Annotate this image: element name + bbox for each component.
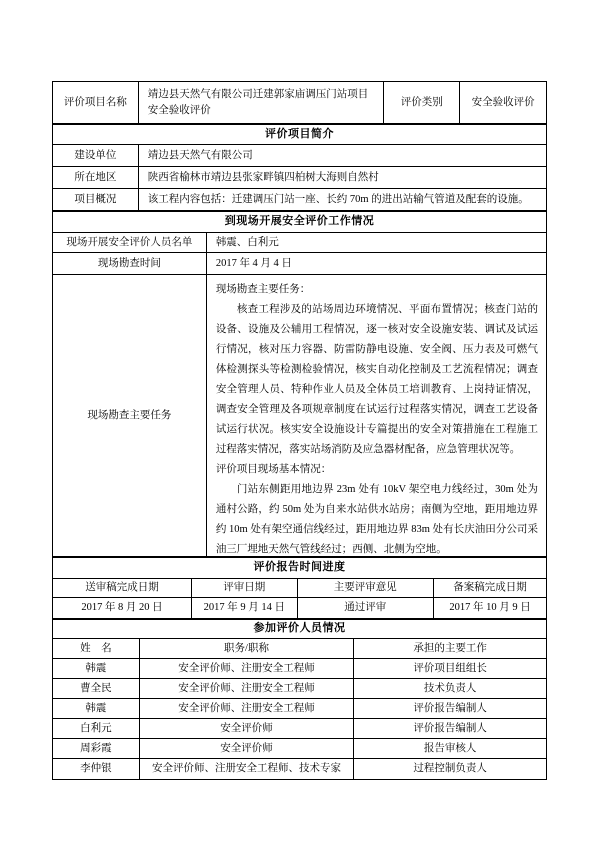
person-title: 安全评价师、注册安全工程师: [140, 699, 354, 718]
review-date-value: 2017 年 9 月 14 日: [192, 598, 298, 618]
person-name: 周彩霞: [53, 739, 140, 758]
personnel-header-row: 姓 名 职务/职称 承担的主要工作: [53, 639, 546, 659]
draft-date-value: 2017 年 8 月 20 日: [53, 598, 192, 618]
survey-task-row: 现场勘查主要任务 现场勘查主要任务： 核查工程涉及的站场周边环境情况、平面布置情…: [53, 275, 546, 557]
location-value: 陕西省榆林市靖边县张家畔镇四柏树大海则自然村: [139, 167, 546, 188]
draft-date-header: 送审稿完成日期: [53, 579, 192, 597]
section-personnel: 参加评价人员情况: [53, 619, 546, 639]
person-duty: 评价项目组组长: [354, 659, 546, 678]
project-name-value: 靖边县天然气有限公司迁建郭家庙调压门站项目安全验收评价: [139, 82, 385, 123]
project-name-label: 评价项目名称: [53, 82, 139, 123]
person-duty: 报告审核人: [354, 739, 546, 758]
final-date-value: 2017 年 10 月 9 日: [434, 598, 546, 618]
section-project-intro-title: 评价项目简介: [53, 125, 546, 144]
onsite-staff-label: 现场开展安全评价人员名单: [53, 233, 207, 252]
person-title: 安全评价师、注册安全工程师: [140, 659, 354, 678]
table-row: 建设单位 靖边县天然气有限公司: [53, 145, 546, 167]
person-title: 安全评价师: [140, 739, 354, 758]
table-row: 现场勘查时间 2017 年 4 月 4 日: [53, 253, 546, 275]
task-heading: 现场勘查主要任务：: [216, 280, 538, 300]
project-overview-value: 该工程内容包括：迁建调压门站一座、长约 70m 的进出站输气管道及配套的设施。: [139, 189, 546, 210]
construction-unit-label: 建设单位: [53, 145, 139, 166]
survey-task-text: 现场勘查主要任务： 核查工程涉及的站场周边环境情况、平面布置情况；核查门站的设备…: [207, 275, 546, 556]
survey-date-value: 2017 年 4 月 4 日: [207, 253, 546, 274]
personnel-row: 曹全民 安全评价师、注册安全工程师 技术负责人: [53, 679, 546, 699]
evaluation-category-value: 安全验收评价: [460, 82, 546, 123]
section-project-intro: 评价项目简介: [53, 124, 546, 145]
review-opinion-header: 主要评审意见: [298, 579, 435, 597]
person-name: 李仲银: [53, 759, 140, 779]
personnel-row: 李仲银 安全评价师、注册安全工程师、技术专家 过程控制负责人: [53, 759, 546, 779]
person-name: 曹全民: [53, 679, 140, 698]
task-paragraph: 核查工程涉及的站场周边环境情况、平面布置情况；核查门站的设备、设施及公辅用工程情…: [216, 300, 538, 460]
person-title: 安全评价师、注册安全工程师、技术专家: [140, 759, 354, 779]
location-label: 所在地区: [53, 167, 139, 188]
personnel-row: 周彩霞 安全评价师 报告审核人: [53, 739, 546, 759]
person-title: 安全评价师、注册安全工程师: [140, 679, 354, 698]
table-row: 所在地区 陕西省榆林市靖边县张家畔镇四柏树大海则自然村: [53, 167, 546, 189]
site-condition-paragraph: 门站东侧距用地边界 23m 处有 10kV 架空电力线经过，30m 处为通村公路…: [216, 480, 538, 560]
project-overview-label: 项目概况: [53, 189, 139, 210]
person-duty: 过程控制负责人: [354, 759, 546, 779]
section-onsite-work: 到现场开展安全评价工作情况: [53, 211, 546, 233]
survey-task-label: 现场勘查主要任务: [53, 275, 207, 556]
schedule-value-row: 2017 年 8 月 20 日 2017 年 9 月 14 日 通过评审 201…: [53, 598, 546, 619]
evaluation-category-label: 评价类别: [384, 82, 460, 123]
personnel-row: 韩震 安全评价师、注册安全工程师 评价报告编制人: [53, 699, 546, 719]
person-duty: 评价报告编制人: [354, 699, 546, 718]
person-duty: 评价报告编制人: [354, 719, 546, 738]
schedule-header-row: 送审稿完成日期 评审日期 主要评审意见 备案稿完成日期: [53, 579, 546, 598]
title-header: 职务/职称: [140, 639, 354, 658]
site-condition-heading: 评价项目现场基本情况：: [216, 460, 538, 480]
final-date-header: 备案稿完成日期: [434, 579, 546, 597]
person-name: 白利元: [53, 719, 140, 738]
person-name: 韩震: [53, 659, 140, 678]
table-row: 现场开展安全评价人员名单 韩震、白利元: [53, 233, 546, 253]
document-page: 评价项目名称 靖边县天然气有限公司迁建郭家庙调压门站项目安全验收评价 评价类别 …: [0, 0, 600, 848]
section-onsite-work-title: 到现场开展安全评价工作情况: [53, 212, 546, 232]
section-report-schedule: 评价报告时间进度: [53, 557, 546, 579]
section-personnel-title: 参加评价人员情况: [53, 620, 546, 638]
review-opinion-value: 通过评审: [298, 598, 435, 618]
table-row: 项目概况 该工程内容包括：迁建调压门站一座、长约 70m 的进出站输气管道及配套…: [53, 189, 546, 211]
review-date-header: 评审日期: [192, 579, 298, 597]
section-report-schedule-title: 评价报告时间进度: [53, 558, 546, 578]
personnel-row: 白利元 安全评价师 评价报告编制人: [53, 719, 546, 739]
project-title-row: 评价项目名称 靖边县天然气有限公司迁建郭家庙调压门站项目安全验收评价 评价类别 …: [53, 82, 546, 124]
person-title: 安全评价师: [140, 719, 354, 738]
person-name: 韩震: [53, 699, 140, 718]
person-duty: 技术负责人: [354, 679, 546, 698]
evaluation-form-table: 评价项目名称 靖边县天然气有限公司迁建郭家庙调压门站项目安全验收评价 评价类别 …: [52, 81, 547, 780]
construction-unit-value: 靖边县天然气有限公司: [139, 145, 546, 166]
duty-header: 承担的主要工作: [354, 639, 546, 658]
name-header: 姓 名: [53, 639, 140, 658]
personnel-row: 韩震 安全评价师、注册安全工程师 评价项目组组长: [53, 659, 546, 679]
survey-date-label: 现场勘查时间: [53, 253, 207, 274]
onsite-staff-value: 韩震、白利元: [207, 233, 546, 252]
